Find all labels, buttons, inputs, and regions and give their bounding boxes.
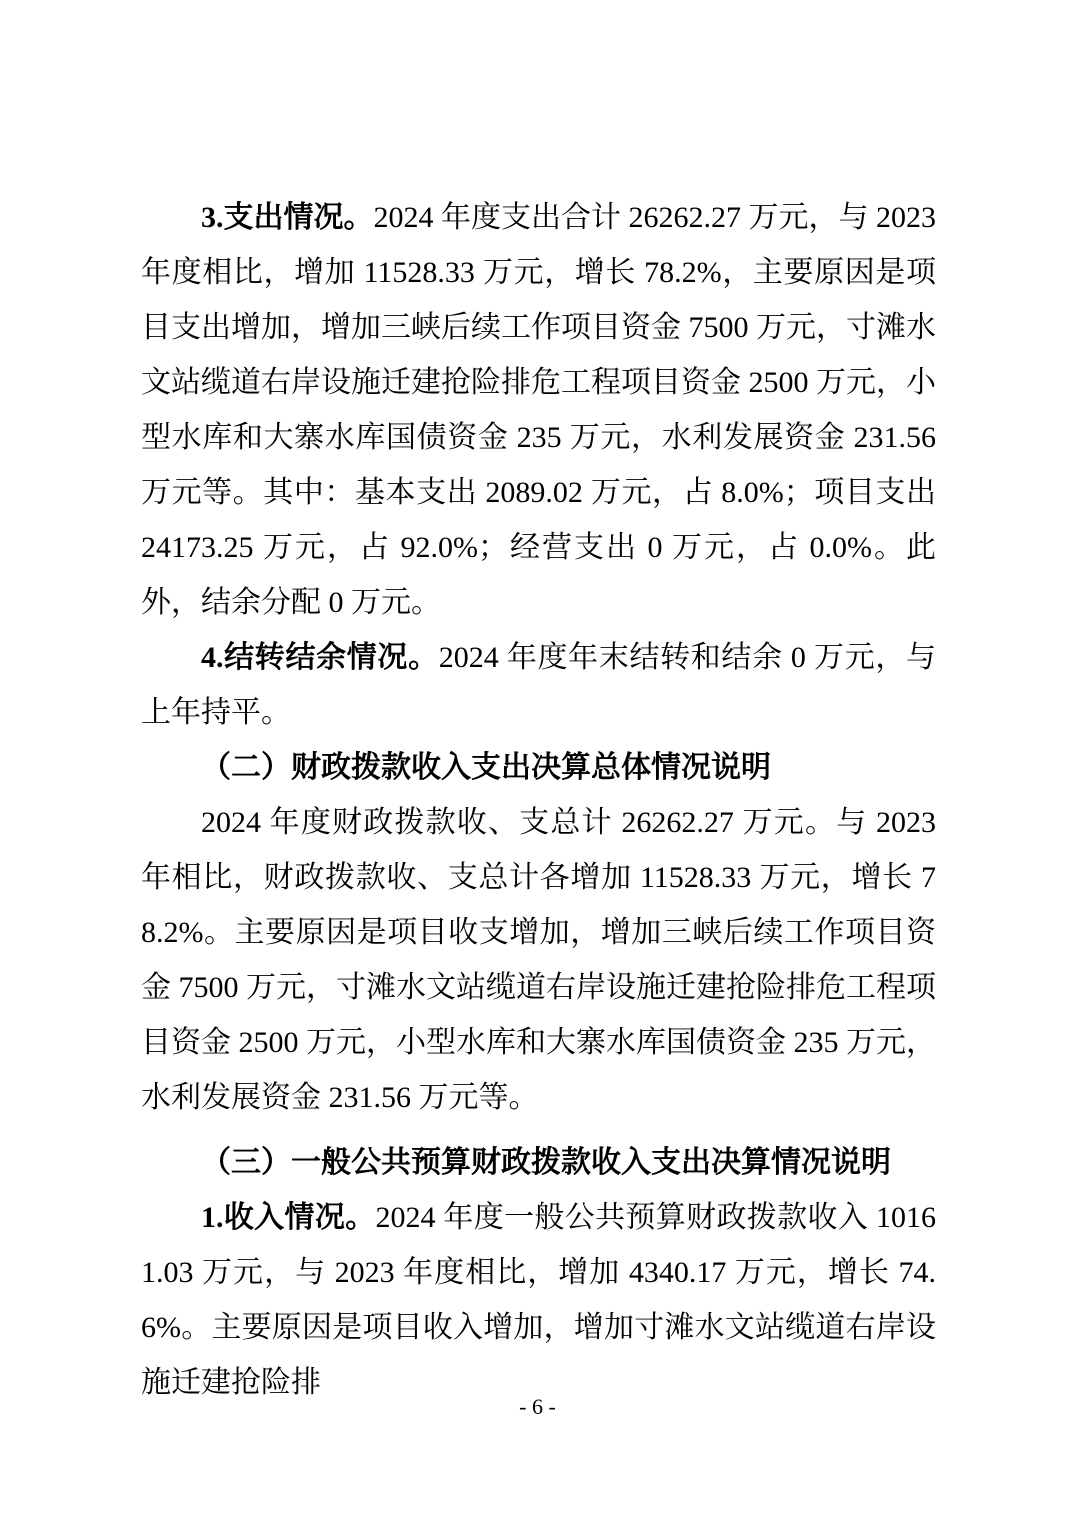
page-number: - 6 - [0,1392,1075,1422]
paragraph-carryover: 4.结转结余情况。2024 年度年末结转和结余 0 万元，与上年持平。 [141,630,936,740]
paragraph-carryover-lead: 4.结转结余情况。 [201,641,439,674]
section-heading-general-budget: （三）一般公共预算财政拨款收入支出决算情况说明 [141,1135,936,1190]
paragraph-expenditure-text: 2024 年度支出合计 26262.27 万元，与 2023 年度相比，增加 1… [141,201,936,619]
document-page: 3.支出情况。2024 年度支出合计 26262.27 万元，与 2023 年度… [0,0,1075,1520]
paragraph-fiscal-total: 2024 年度财政拨款收、支总计 26262.27 万元。与 2023 年相比，… [141,795,936,1125]
section-heading-fiscal-appropriation-label: （二）财政拨款收入支出决算总体情况说明 [201,751,771,784]
paragraph-income: 1.收入情况。2024 年度一般公共预算财政拨款收入 10161.03 万元，与… [141,1190,936,1410]
section-heading-fiscal-appropriation: （二）财政拨款收入支出决算总体情况说明 [141,740,936,795]
paragraph-expenditure-lead: 3.支出情况。 [201,201,374,234]
paragraph-expenditure: 3.支出情况。2024 年度支出合计 26262.27 万元，与 2023 年度… [141,190,936,630]
paragraph-fiscal-total-text: 2024 年度财政拨款收、支总计 26262.27 万元。与 2023 年相比，… [141,806,936,1114]
document-content: 3.支出情况。2024 年度支出合计 26262.27 万元，与 2023 年度… [141,190,936,1410]
paragraph-income-lead: 1.收入情况。 [201,1201,376,1234]
section-heading-general-budget-label: （三）一般公共预算财政拨款收入支出决算情况说明 [201,1146,891,1179]
